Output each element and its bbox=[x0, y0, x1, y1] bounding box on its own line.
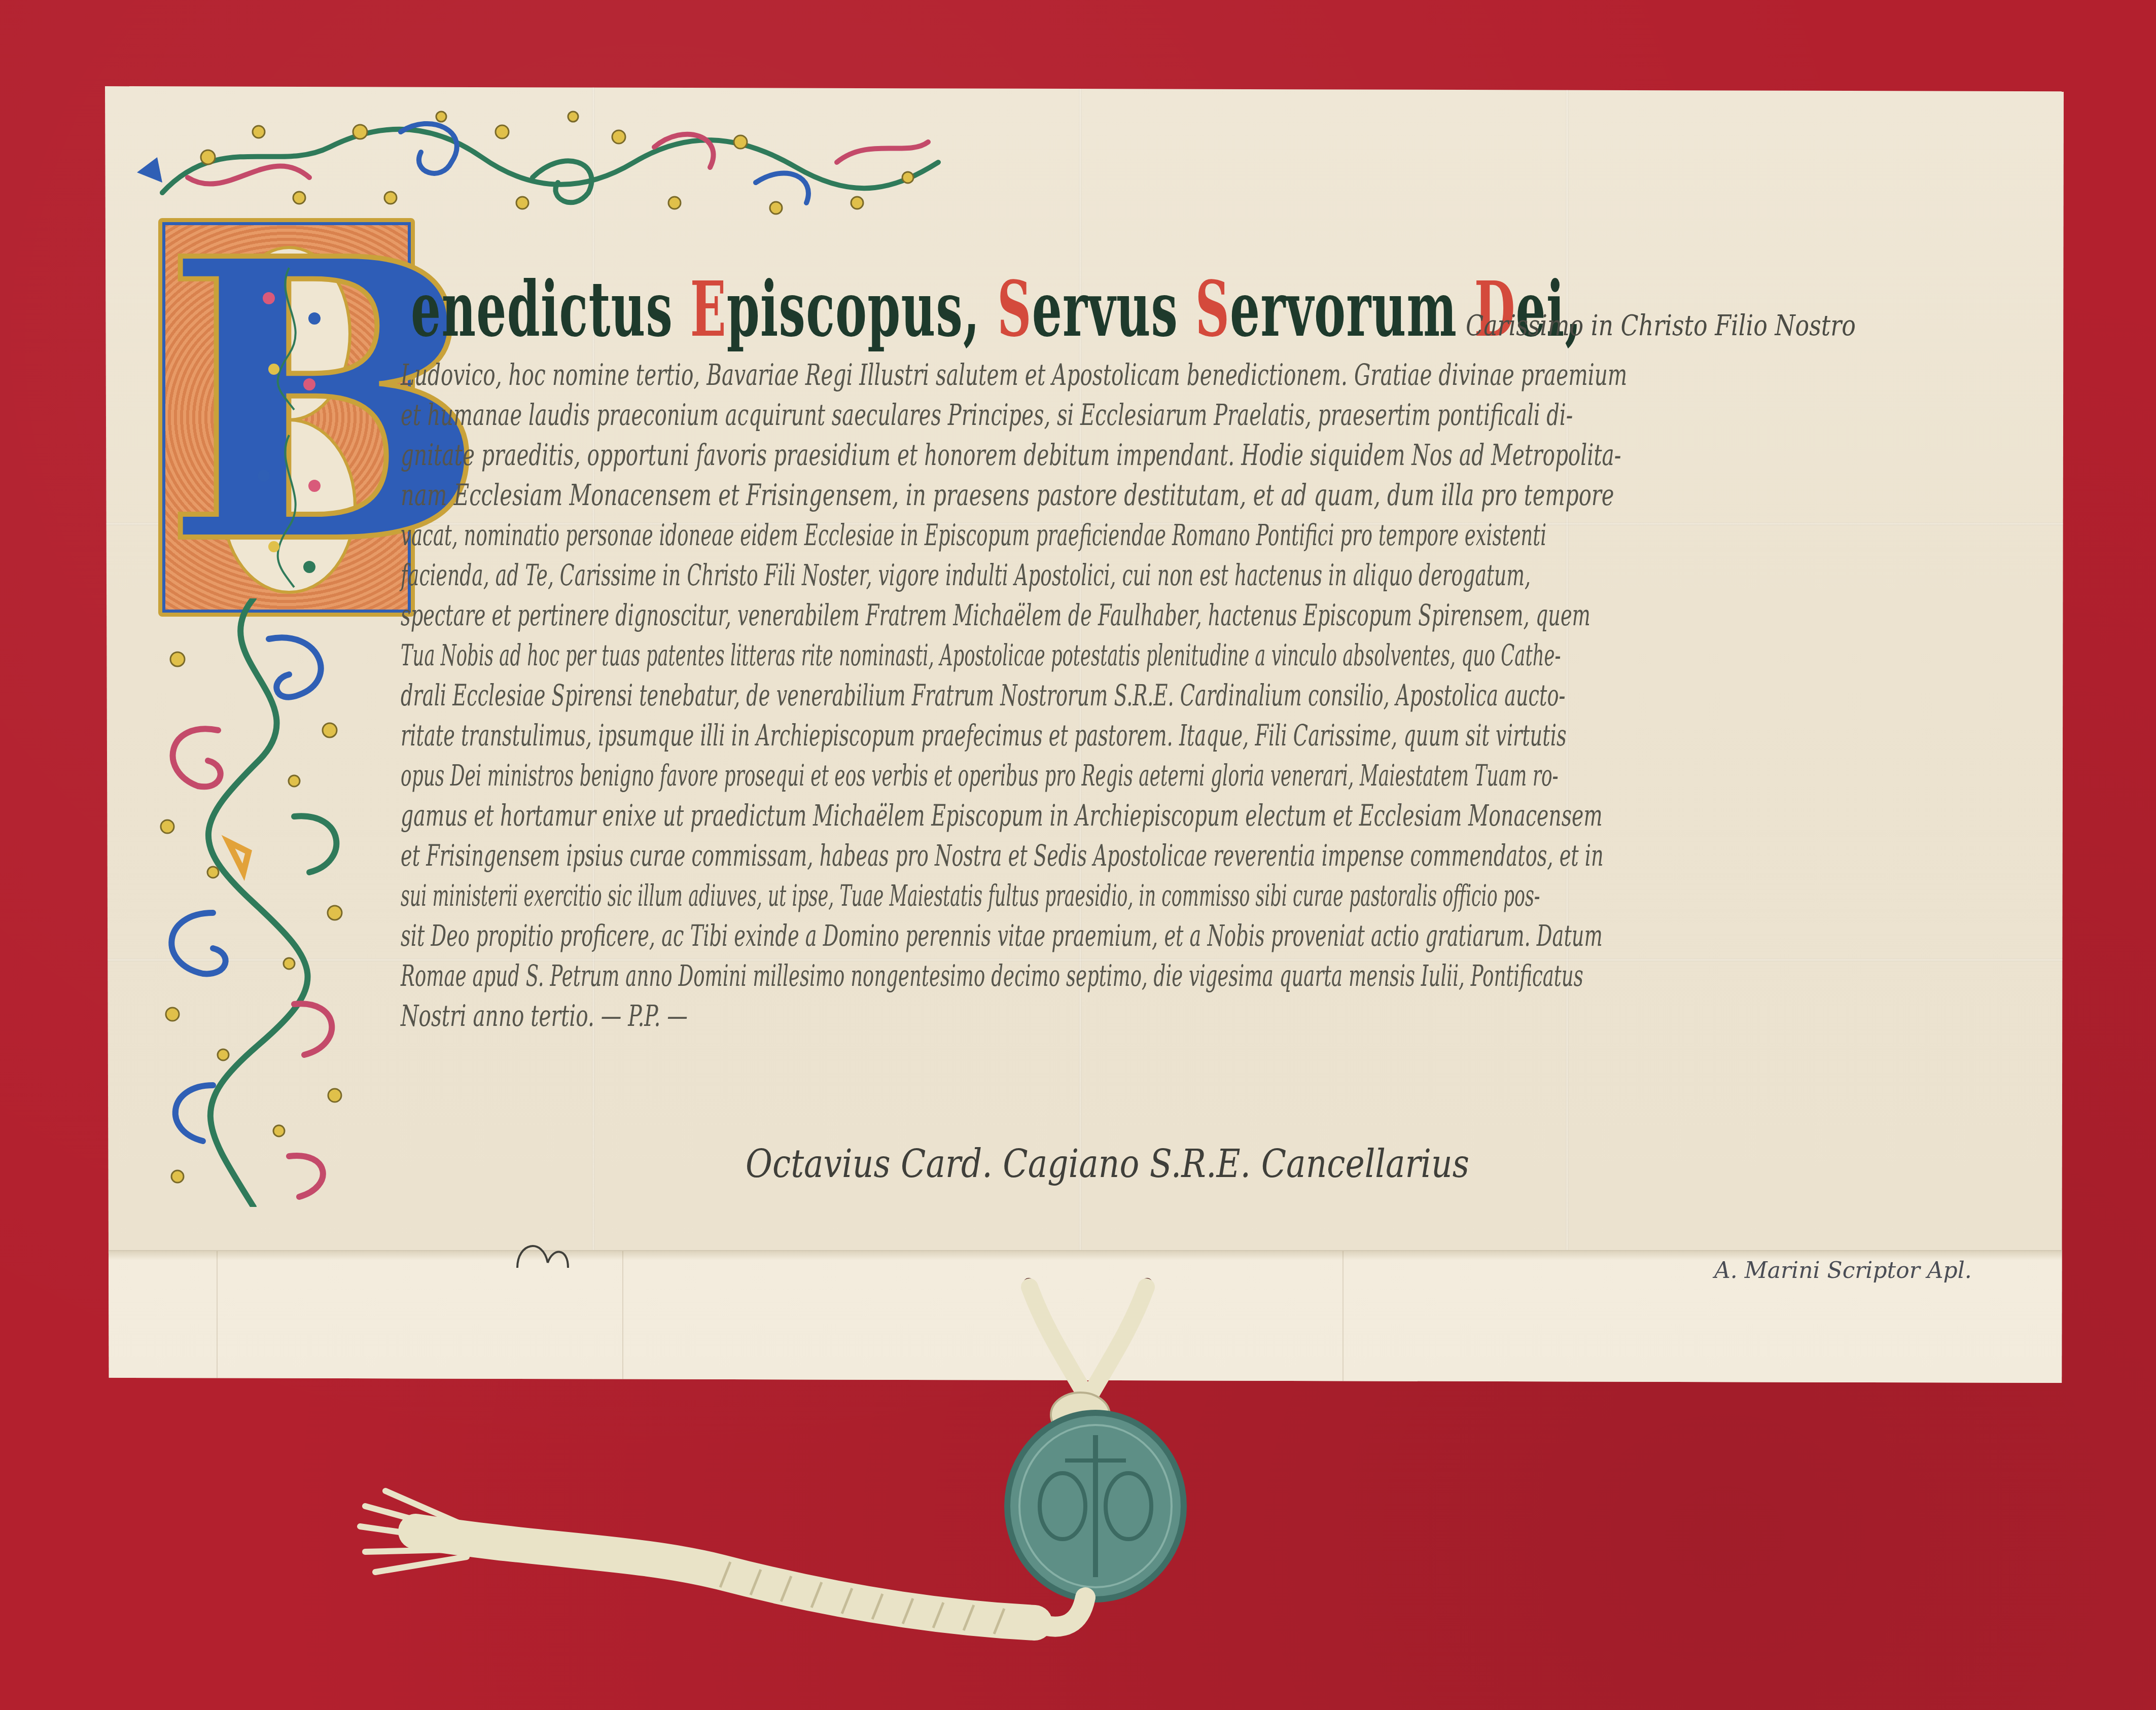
title-word: ervus bbox=[1032, 265, 1195, 354]
body-line: ritate transtulimus, ipsumque illi in Ar… bbox=[401, 716, 1485, 756]
fold-seam bbox=[217, 1251, 218, 1383]
body-line: opus Dei ministros benigno favore proseq… bbox=[401, 756, 1420, 796]
body-line: facienda, ad Te, Carissime in Christo Fi… bbox=[401, 555, 1469, 595]
title-red-capital: S bbox=[1195, 265, 1230, 354]
bull-title-gothic: enedictus Episcopus, Servus Servorum Dei… bbox=[411, 264, 1582, 355]
title-word: ervorum bbox=[1230, 265, 1474, 354]
body-line: Nostri anno tertio. — P.P. — bbox=[401, 996, 1551, 1036]
body-line: sui ministerii exercitio sic illum adiuv… bbox=[401, 876, 1387, 916]
body-line: gnitate praeditis, opportuni favoris pra… bbox=[401, 435, 1551, 475]
initial-letter-b: B bbox=[162, 207, 411, 597]
body-line: et Frisingensem ipsius curae commissam, … bbox=[401, 836, 1485, 876]
lead-seal-with-cord-icon bbox=[355, 1268, 1268, 1653]
title-address-text: Carissimo in Christo Filio Nostro bbox=[1466, 309, 1856, 342]
body-line: et humanae laudis praeconium acquirunt s… bbox=[401, 395, 1535, 435]
fold-seam bbox=[1342, 1251, 1344, 1383]
title-red-capital: S bbox=[997, 265, 1032, 354]
body-line: nam Ecclesiam Monacensem et Frisingensem… bbox=[401, 475, 1584, 515]
body-line: Ludovico, hoc nomine tertio, Bavariae Re… bbox=[401, 355, 1551, 395]
body-line: gamus et hortamur enixe ut praedictum Mi… bbox=[401, 796, 1518, 836]
body-line: drali Ecclesiae Spirensi tenebatur, de v… bbox=[401, 675, 1485, 716]
body-line: sit Deo propitio proficere, ac Tibi exin… bbox=[401, 916, 1485, 956]
title-word: enedictus bbox=[411, 265, 690, 354]
body-line: Romae apud S. Petrum anno Domini millesi… bbox=[401, 956, 1453, 996]
floral-border-left-icon bbox=[127, 598, 365, 1207]
scribe-note: A. Marini Scriptor Apl. bbox=[1714, 1258, 1972, 1284]
body-line: Tua Nobis ad hoc per tuas patentes litte… bbox=[401, 635, 1403, 675]
body-line: vacat, nominatio personae idoneae eidem … bbox=[401, 515, 1453, 555]
title-word: piscopus, bbox=[727, 265, 998, 354]
body-line: spectare et pertinere dignoscitur, vener… bbox=[401, 595, 1485, 635]
illuminated-initial: B bbox=[158, 218, 415, 617]
title-red-capital: E bbox=[690, 265, 727, 354]
bull-body-text: Ludovico, hoc nomine tertio, Bavariae Re… bbox=[401, 355, 2044, 1036]
chancellor-signature: Octavius Card. Cagiano S.R.E. Cancellari… bbox=[746, 1141, 1469, 1186]
pen-flourish-icon bbox=[512, 1232, 593, 1273]
